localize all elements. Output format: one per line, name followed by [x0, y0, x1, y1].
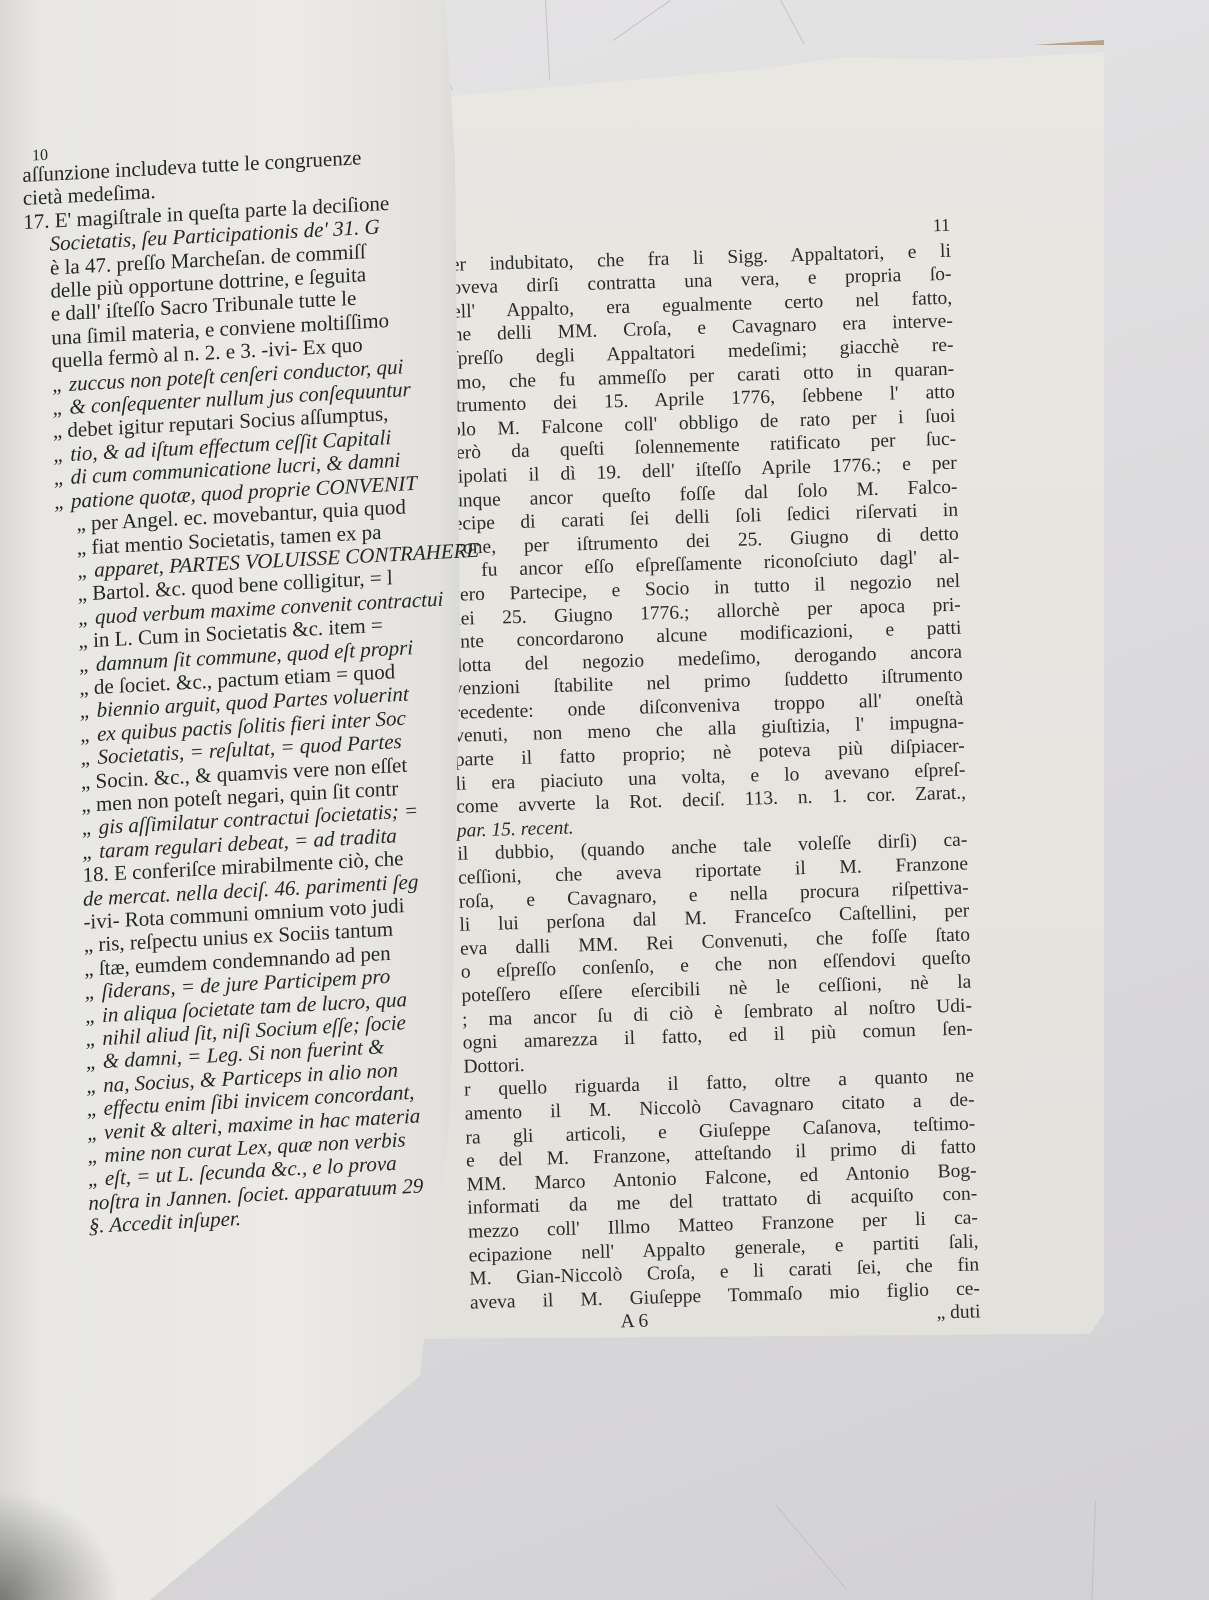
right-page-text: 11 per indubitato, che fra li Sigg. Appa…: [440, 214, 981, 1339]
catchword: „ duti: [936, 1301, 981, 1326]
signature-mark: A 6: [620, 1310, 648, 1334]
background-crease: [545, 0, 550, 80]
background-crease: [780, 0, 804, 44]
background-crease: [775, 1504, 846, 1589]
background-crease: [1092, 1500, 1096, 1600]
left-page-text: 10 aſſunzione includeva tutte le congrue…: [22, 126, 500, 1241]
background-crease: [613, 0, 671, 41]
page-shadow: [0, 1490, 120, 1600]
